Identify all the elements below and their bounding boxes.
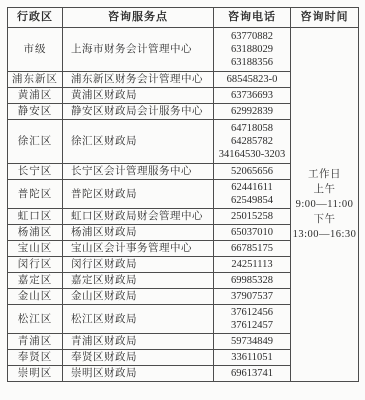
phone-cell: 69613741 [214, 366, 291, 382]
district-cell: 金山区 [8, 289, 63, 305]
phone-number: 68545823-0 [214, 73, 290, 86]
phone-number: 34164530-3203 [214, 148, 290, 161]
time-line: 上午 [291, 182, 358, 197]
phone-cell: 68545823-0 [214, 72, 291, 88]
header-row: 行政区 咨询服务点 咨询电话 咨询时间 [8, 8, 359, 28]
district-cell: 松江区 [8, 305, 63, 334]
service-point-cell: 金山区财政局 [63, 289, 214, 305]
time-line: 工作日 [291, 167, 358, 182]
phone-cell: 63736693 [214, 88, 291, 104]
district-cell: 徐汇区 [8, 120, 63, 164]
district-cell: 静安区 [8, 104, 63, 120]
phone-number: 64285782 [214, 135, 290, 148]
contact-table: 行政区 咨询服务点 咨询电话 咨询时间 市级上海市财务会计管理中心6377088… [7, 7, 359, 382]
phone-number: 62549854 [214, 194, 290, 207]
phone-number: 52065656 [214, 165, 290, 178]
district-cell: 青浦区 [8, 334, 63, 350]
phone-cell: 6244161162549854 [214, 180, 291, 209]
service-point-cell: 静安区财政局会计服务中心 [63, 104, 214, 120]
phone-cell: 65037010 [214, 225, 291, 241]
district-cell: 崇明区 [8, 366, 63, 382]
phone-number: 64718058 [214, 122, 290, 135]
district-cell: 宝山区 [8, 241, 63, 257]
header-district: 行政区 [8, 8, 63, 28]
table-body: 市级上海市财务会计管理中心637708826318802963188356工作日… [8, 28, 359, 382]
district-cell: 黄浦区 [8, 88, 63, 104]
phone-number: 63188029 [214, 43, 290, 56]
service-point-cell: 奉贤区财政局 [63, 350, 214, 366]
district-cell: 闵行区 [8, 257, 63, 273]
phone-number: 37907537 [214, 290, 290, 303]
phone-cell: 69985328 [214, 273, 291, 289]
service-point-cell: 上海市财务会计管理中心 [63, 28, 214, 72]
district-cell: 普陀区 [8, 180, 63, 209]
district-cell: 浦东新区 [8, 72, 63, 88]
phone-cell: 62992839 [214, 104, 291, 120]
phone-cell: 3761245637612457 [214, 305, 291, 334]
time-cell: 工作日上午9:00—11:00下午13:00—16:30 [291, 28, 359, 382]
phone-number: 66785175 [214, 242, 290, 255]
phone-number: 69613741 [214, 367, 290, 380]
phone-number: 37612457 [214, 319, 290, 332]
phone-cell: 66785175 [214, 241, 291, 257]
phone-number: 65037010 [214, 226, 290, 239]
service-point-cell: 嘉定区财政局 [63, 273, 214, 289]
time-line: 9:00—11:00 [291, 197, 358, 212]
service-point-cell: 普陀区财政局 [63, 180, 214, 209]
service-point-cell: 虹口区财政局财会管理中心 [63, 209, 214, 225]
phone-number: 62441611 [214, 181, 290, 194]
phone-cell: 637708826318802963188356 [214, 28, 291, 72]
phone-cell: 25015258 [214, 209, 291, 225]
district-cell: 嘉定区 [8, 273, 63, 289]
phone-number: 33611051 [214, 351, 290, 364]
header-phone: 咨询电话 [214, 8, 291, 28]
time-line: 下午 [291, 212, 358, 227]
phone-number: 59734849 [214, 335, 290, 348]
district-cell: 奉贤区 [8, 350, 63, 366]
phone-cell: 52065656 [214, 164, 291, 180]
table-row: 市级上海市财务会计管理中心637708826318802963188356工作日… [8, 28, 359, 72]
service-point-cell: 杨浦区财政局 [63, 225, 214, 241]
district-cell: 杨浦区 [8, 225, 63, 241]
phone-number: 63736693 [214, 89, 290, 102]
phone-number: 69985328 [214, 274, 290, 287]
phone-number: 37612456 [214, 306, 290, 319]
district-cell: 虹口区 [8, 209, 63, 225]
service-point-cell: 黄浦区财政局 [63, 88, 214, 104]
phone-cell: 24251113 [214, 257, 291, 273]
phone-number: 63770882 [214, 30, 290, 43]
service-point-cell: 宝山区会计事务管理中心 [63, 241, 214, 257]
phone-number: 24251113 [214, 258, 290, 271]
time-line: 13:00—16:30 [291, 227, 358, 242]
service-point-cell: 崇明区财政局 [63, 366, 214, 382]
service-point-cell: 闵行区财政局 [63, 257, 214, 273]
service-point-cell: 长宁区会计管理服务中心 [63, 164, 214, 180]
phone-cell: 59734849 [214, 334, 291, 350]
service-point-cell: 徐汇区财政局 [63, 120, 214, 164]
district-cell: 长宁区 [8, 164, 63, 180]
service-point-cell: 松江区财政局 [63, 305, 214, 334]
phone-number: 25015258 [214, 210, 290, 223]
phone-cell: 647180586428578234164530-3203 [214, 120, 291, 164]
district-cell: 市级 [8, 28, 63, 72]
table-header: 行政区 咨询服务点 咨询电话 咨询时间 [8, 8, 359, 28]
service-point-cell: 浦东新区财务会计管理中心 [63, 72, 214, 88]
header-time: 咨询时间 [291, 8, 359, 28]
phone-cell: 33611051 [214, 350, 291, 366]
service-point-cell: 青浦区财政局 [63, 334, 214, 350]
phone-number: 62992839 [214, 105, 290, 118]
header-service-point: 咨询服务点 [63, 8, 214, 28]
phone-cell: 37907537 [214, 289, 291, 305]
phone-number: 63188356 [214, 56, 290, 69]
